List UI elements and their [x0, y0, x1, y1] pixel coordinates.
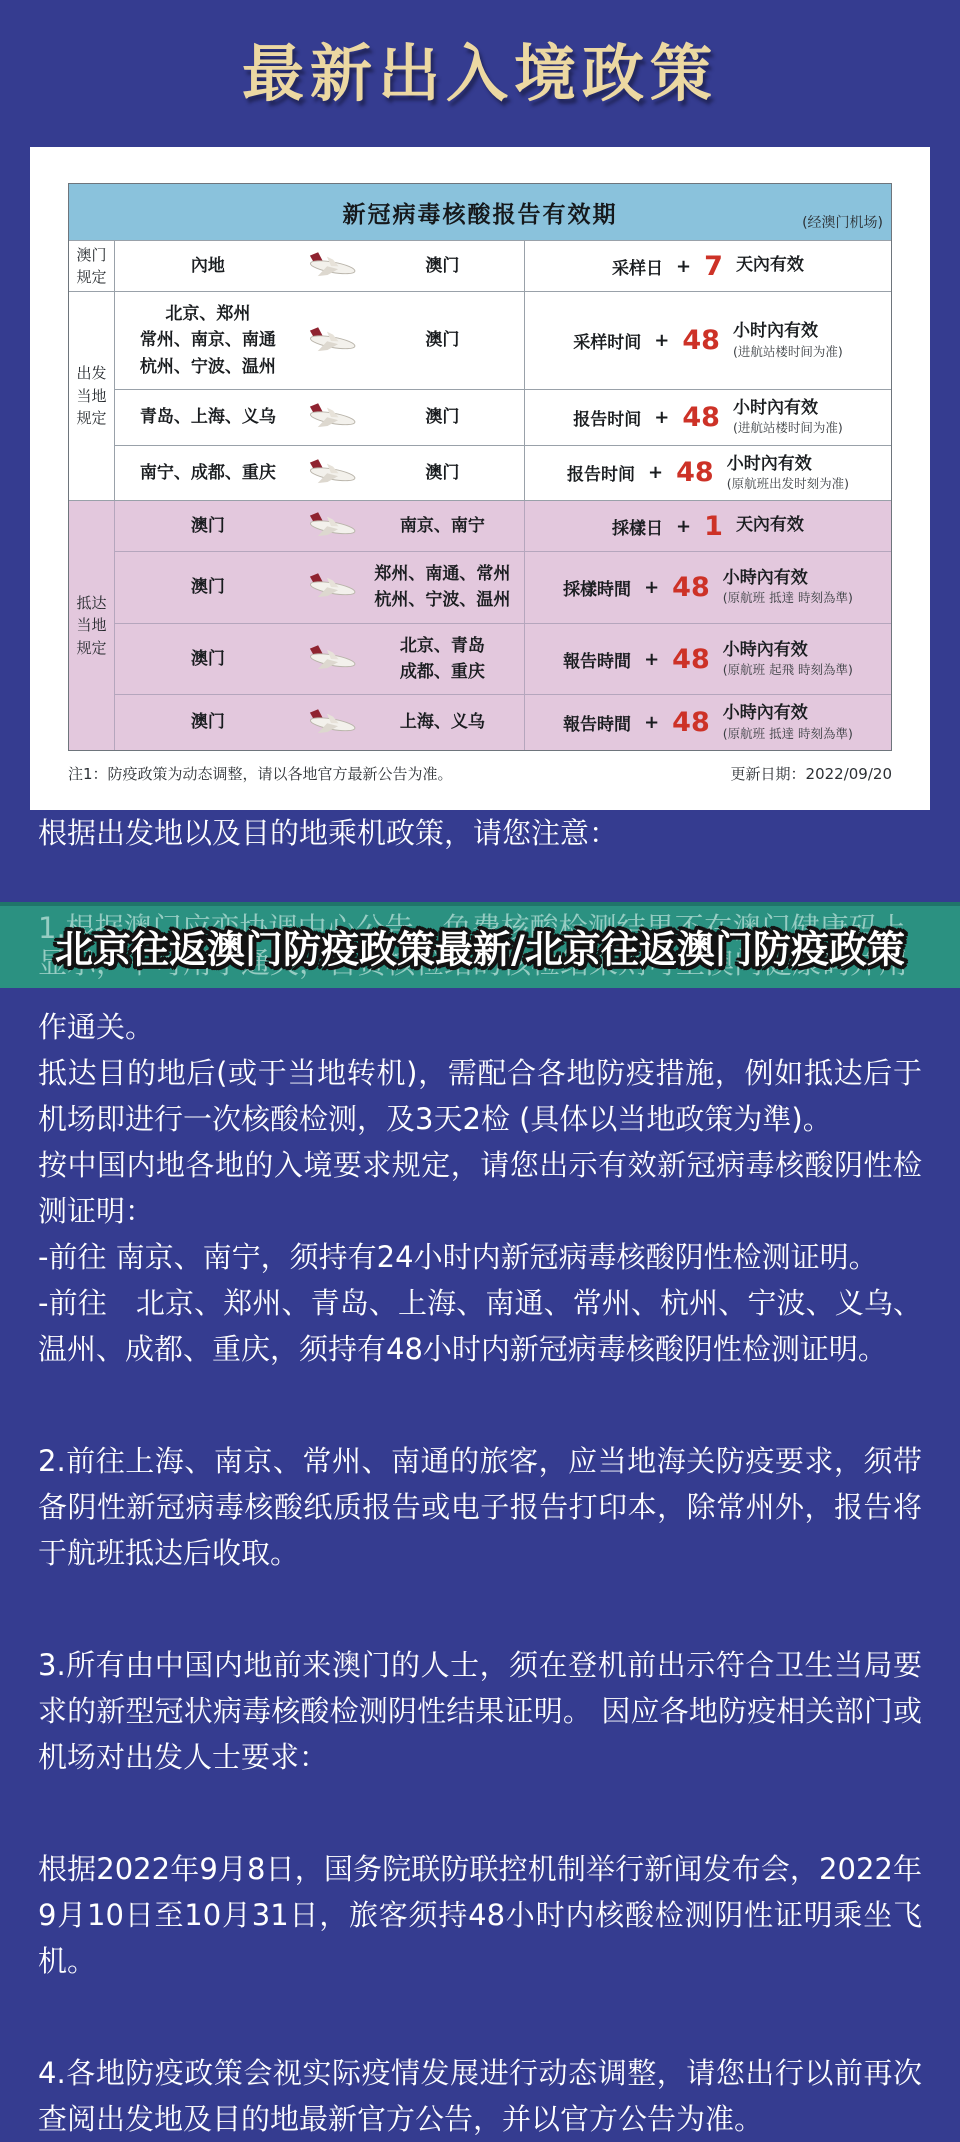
- airplane-icon: [295, 325, 367, 357]
- airplane-icon: [295, 401, 367, 433]
- validity-unit: 天內有效: [736, 255, 804, 276]
- rule-label: 采样时间: [573, 328, 641, 353]
- origin-cities: 澳门: [121, 646, 295, 672]
- route-cell: 內地 澳门: [115, 241, 525, 291]
- paragraph-24h-cities: -前往 南京、南宁，须持有24小时内新冠病毒核酸阴性检测证明。: [38, 1234, 922, 1280]
- unit-text: 天內有效: [736, 255, 804, 276]
- table-title: 新冠病毒核酸报告有效期: [343, 196, 618, 229]
- destination-cities: 澳门: [367, 253, 518, 279]
- airplane-icon: [295, 707, 367, 739]
- validity-cell: 报告时间 + 48 小时內有效 (进航站楼时间为准): [525, 390, 891, 445]
- group-departure-rules: 出发 当地 规定 北京、郑州 常州、南京、南通 杭州、宁波、温州 澳门 采样时间: [69, 291, 891, 500]
- validity-number: 48: [676, 457, 714, 488]
- rule-label: 報告時間: [563, 647, 631, 672]
- validity-number: 48: [682, 402, 720, 433]
- route-cell: 澳门 郑州、南通、常州 杭州、宁波、温州: [115, 552, 525, 623]
- destination-cities: 郑州、南通、常州 杭州、宁波、温州: [367, 561, 518, 614]
- validity-cell: 採樣時間 + 48 小時內有效 (原航班 抵達 時刻為準): [525, 552, 891, 623]
- origin-cities: 南宁、成都、重庆: [121, 460, 295, 486]
- unit-text: 小时內有效: [733, 398, 843, 419]
- group-rows: 澳门 南京、南宁 採樣日 + 1 天內有效: [115, 501, 891, 750]
- paragraph-1-tail: 作通关。: [38, 1004, 922, 1050]
- intro-line: 根据出发地以及目的地乘机政策，请您注意：: [38, 810, 922, 856]
- plus-sign: +: [676, 516, 691, 537]
- unit-text: 小時內有效: [723, 568, 853, 589]
- table-row: 青岛、上海、义乌 澳门 报告时间 + 48 小时內有效: [115, 389, 891, 445]
- group-label: 澳门 规定: [69, 241, 115, 291]
- policy-text: 根据出发地以及目的地乘机政策，请您注意：: [0, 810, 960, 856]
- table-header-note: (经澳门机场): [802, 212, 883, 232]
- validity-unit: 小時內有效 (原航班 抵達 時刻為準): [723, 568, 853, 607]
- plus-sign: +: [644, 577, 659, 598]
- airplane-icon: [295, 457, 367, 489]
- validity-unit: 小时內有效 (进航站楼时间为准): [733, 321, 843, 360]
- paragraph-arrival: 抵达目的地后(或于当地转机)，需配合各地防疫措施，例如抵达后于机场即进行一次核酸…: [38, 1050, 922, 1142]
- origin-cities: 澳门: [121, 574, 295, 600]
- destination-cities: 澳门: [367, 404, 518, 430]
- table-row: 澳门 上海、义乌 報告時間 + 48 小時內有效: [115, 694, 891, 750]
- validity-unit: 天內有效: [736, 515, 804, 536]
- validity-table: 新冠病毒核酸报告有效期 (经澳门机场) 澳门 规定 內地 澳门: [68, 183, 892, 751]
- origin-cities: 青岛、上海、义乌: [121, 404, 295, 430]
- paragraph-2: 2.前往上海、南京、常州、南通的旅客，应当地海关防疫要求，须带备阴性新冠病毒核酸…: [38, 1438, 922, 1576]
- group-arrival-rules: 抵达 当地 规定 澳门 南京、南宁 採樣日 +: [69, 500, 891, 750]
- rule-label: 報告時間: [563, 710, 631, 735]
- plus-sign: +: [676, 256, 691, 277]
- table-footnote: 注1：防疫政策为动态调整，请以各地官方最新公告为准。: [68, 763, 453, 784]
- validity-cell: 採樣日 + 1 天內有效: [525, 501, 891, 551]
- origin-cities: 澳门: [121, 709, 295, 735]
- route-cell: 澳门 南京、南宁: [115, 501, 525, 551]
- unit-note: (原航班 抵達 時刻為準): [723, 726, 853, 742]
- unit-text: 小時內有效: [723, 640, 853, 661]
- banner-headline: 北京往返澳门防疫政策最新/北京往返澳门防疫政策: [0, 918, 960, 973]
- group-label: 抵达 当地 规定: [69, 501, 115, 750]
- table-row: 南宁、成都、重庆 澳门 报告时间 + 48 小时內有效: [115, 445, 891, 501]
- table-row: 內地 澳门 采样日 + 7 天內有效: [115, 241, 891, 291]
- table-row: 澳门 南京、南宁 採樣日 + 1 天內有效: [115, 501, 891, 551]
- table-row: 澳门 郑州、南通、常州 杭州、宁波、温州 採樣時間 + 48 小時內有效: [115, 551, 891, 623]
- validity-unit: 小时內有效 (进航站楼时间为准): [733, 398, 843, 437]
- group-rows: 北京、郑州 常州、南京、南通 杭州、宁波、温州 澳门 采样时间 + 48 小时內: [115, 292, 891, 500]
- validity-cell: 采样日 + 7 天內有效: [525, 241, 891, 291]
- plus-sign: +: [654, 330, 669, 351]
- unit-text: 小时內有效: [733, 321, 843, 342]
- rule-label: 採樣日: [612, 514, 663, 539]
- paragraph-state-council: 根据2022年9月8日，国务院联防联控机制举行新闻发布会，2022年9月10日至…: [38, 1846, 922, 1984]
- airplane-icon: [295, 643, 367, 675]
- table-footer: 注1：防疫政策为动态调整，请以各地官方最新公告为准。 更新日期：2022/09/…: [68, 763, 892, 784]
- destination-cities: 澳门: [367, 327, 518, 353]
- rule-label: 报告时间: [573, 405, 641, 430]
- rule-label: 报告时间: [567, 460, 635, 485]
- paragraph-48h-cities: -前往 北京、郑州、青岛、上海、南通、常州、杭州、宁波、义乌、温州、成都、重庆，…: [38, 1280, 922, 1372]
- validity-unit: 小时內有效 (原航班出发时刻为准): [727, 454, 849, 493]
- paragraph-entry-requirement: 按中国内地各地的入境要求规定，请您出示有效新冠病毒核酸阴性检测证明：: [38, 1142, 922, 1234]
- validity-number: 48: [682, 325, 720, 356]
- validity-number: 48: [672, 572, 710, 603]
- validity-cell: 報告時間 + 48 小時內有效 (原航班 抵達 時刻為準): [525, 695, 891, 750]
- origin-cities: 澳门: [121, 513, 295, 539]
- plus-sign: +: [648, 462, 663, 483]
- unit-note: (原航班 起飛 時刻為準): [723, 662, 853, 678]
- plus-sign: +: [644, 649, 659, 670]
- route-cell: 澳门 上海、义乌: [115, 695, 525, 750]
- table-header: 新冠病毒核酸报告有效期 (经澳门机场): [69, 184, 891, 240]
- route-cell: 青岛、上海、义乌 澳门: [115, 390, 525, 445]
- headline-banner: 1.根据澳门应变协调中心公告，免费核酸检测结果不在澳门健康码上 显示，不可用于通…: [0, 902, 960, 988]
- validity-number: 1: [704, 511, 723, 542]
- poster-page: 最新出入境政策 新冠病毒核酸报告有效期 (经澳门机场) 澳门 规定 內地: [0, 0, 960, 2142]
- unit-note: (进航站楼时间为准): [733, 344, 843, 360]
- validity-unit: 小時內有效 (原航班 抵達 時刻為準): [723, 703, 853, 742]
- route-cell: 北京、郑州 常州、南京、南通 杭州、宁波、温州 澳门: [115, 292, 525, 389]
- table-row: 北京、郑州 常州、南京、南通 杭州、宁波、温州 澳门 采样时间 + 48 小时內: [115, 292, 891, 389]
- unit-note: (原航班 抵達 時刻為準): [723, 590, 853, 606]
- origin-cities: 內地: [121, 253, 295, 279]
- validity-number: 7: [704, 251, 723, 282]
- update-date: 更新日期：2022/09/20: [731, 763, 892, 784]
- group-macau-rules: 澳门 规定 內地 澳门 采样日 + 7: [69, 240, 891, 291]
- table-row: 澳门 北京、青岛 成都、重庆 報告時間 + 48 小時內有效: [115, 623, 891, 695]
- policy-text-continued: 作通关。 抵达目的地后(或于当地转机)，需配合各地防疫措施，例如抵达后于机场即进…: [0, 1004, 960, 2142]
- route-cell: 澳门 北京、青岛 成都、重庆: [115, 624, 525, 695]
- rule-label: 采样日: [612, 254, 663, 279]
- group-label: 出发 当地 规定: [69, 292, 115, 500]
- rule-label: 採樣時間: [563, 575, 631, 600]
- validity-number: 48: [672, 707, 710, 738]
- unit-note: (进航站楼时间为准): [733, 420, 843, 436]
- page-title: 最新出入境政策: [0, 0, 960, 113]
- validity-cell: 报告时间 + 48 小时內有效 (原航班出发时刻为准): [525, 446, 891, 501]
- airplane-icon: [295, 571, 367, 603]
- validity-number: 48: [672, 644, 710, 675]
- destination-cities: 上海、义乌: [367, 709, 518, 735]
- validity-unit: 小時內有效 (原航班 起飛 時刻為準): [723, 640, 853, 679]
- unit-text: 小時內有效: [723, 703, 853, 724]
- route-cell: 南宁、成都、重庆 澳门: [115, 446, 525, 501]
- group-rows: 內地 澳门 采样日 + 7 天內有效: [115, 241, 891, 291]
- plus-sign: +: [644, 712, 659, 733]
- paragraph-4: 4.各地防疫政策会视实际疫情发展进行动态调整，请您出行以前再次查阅出发地及目的地…: [38, 2050, 922, 2142]
- unit-note: (原航班出发时刻为准): [727, 476, 849, 492]
- policy-table-card: 新冠病毒核酸报告有效期 (经澳门机场) 澳门 规定 內地 澳门: [30, 147, 930, 810]
- airplane-icon: [295, 250, 367, 282]
- destination-cities: 南京、南宁: [367, 513, 518, 539]
- destination-cities: 北京、青岛 成都、重庆: [367, 633, 518, 686]
- unit-text: 天內有效: [736, 515, 804, 536]
- paragraph-3: 3.所有由中国内地前来澳门的人士，须在登机前出示符合卫生当局要求的新型冠状病毒核…: [38, 1642, 922, 1780]
- origin-cities: 北京、郑州 常州、南京、南通 杭州、宁波、温州: [121, 301, 295, 380]
- airplane-icon: [295, 510, 367, 542]
- destination-cities: 澳门: [367, 460, 518, 486]
- validity-cell: 報告時間 + 48 小時內有效 (原航班 起飛 時刻為準): [525, 624, 891, 695]
- validity-cell: 采样时间 + 48 小时內有效 (进航站楼时间为准): [525, 292, 891, 389]
- unit-text: 小时內有效: [727, 454, 849, 475]
- plus-sign: +: [654, 407, 669, 428]
